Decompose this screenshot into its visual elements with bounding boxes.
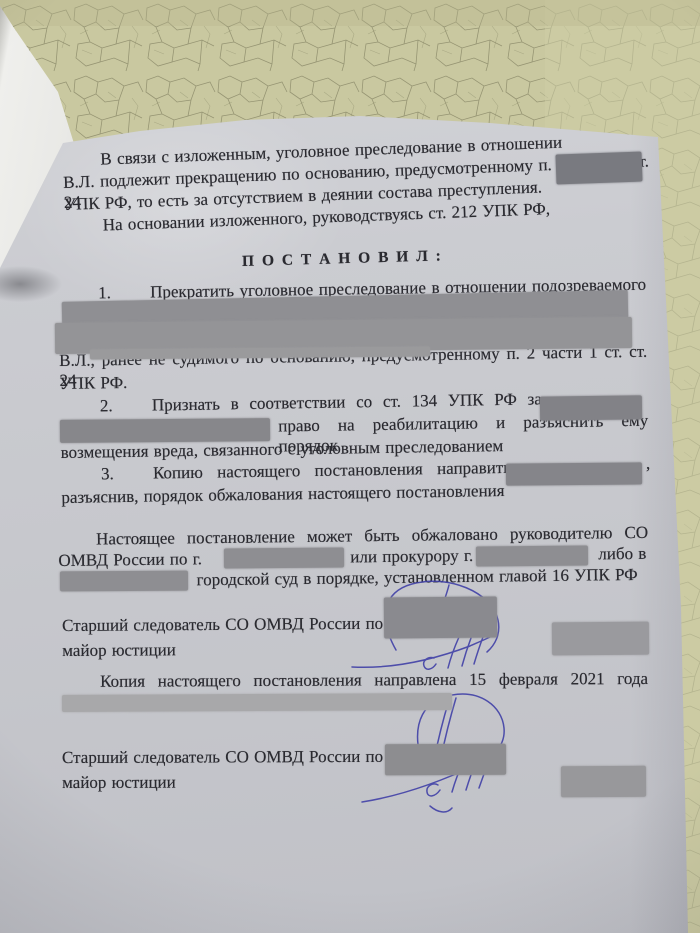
redaction-box — [224, 547, 344, 568]
redaction-box — [476, 546, 588, 567]
redaction-box — [385, 744, 506, 776]
redaction-box — [62, 693, 452, 712]
redaction-box — [384, 597, 497, 639]
redaction-box — [552, 622, 649, 656]
redaction-box — [60, 571, 188, 592]
redaction-box — [561, 766, 646, 797]
redaction-box — [540, 395, 642, 420]
photo-of-document: В связи с изложенным, уголовное преследо… — [0, 0, 700, 933]
redaction-box — [556, 152, 643, 185]
redaction-box — [506, 462, 642, 485]
redaction-box — [60, 418, 270, 443]
